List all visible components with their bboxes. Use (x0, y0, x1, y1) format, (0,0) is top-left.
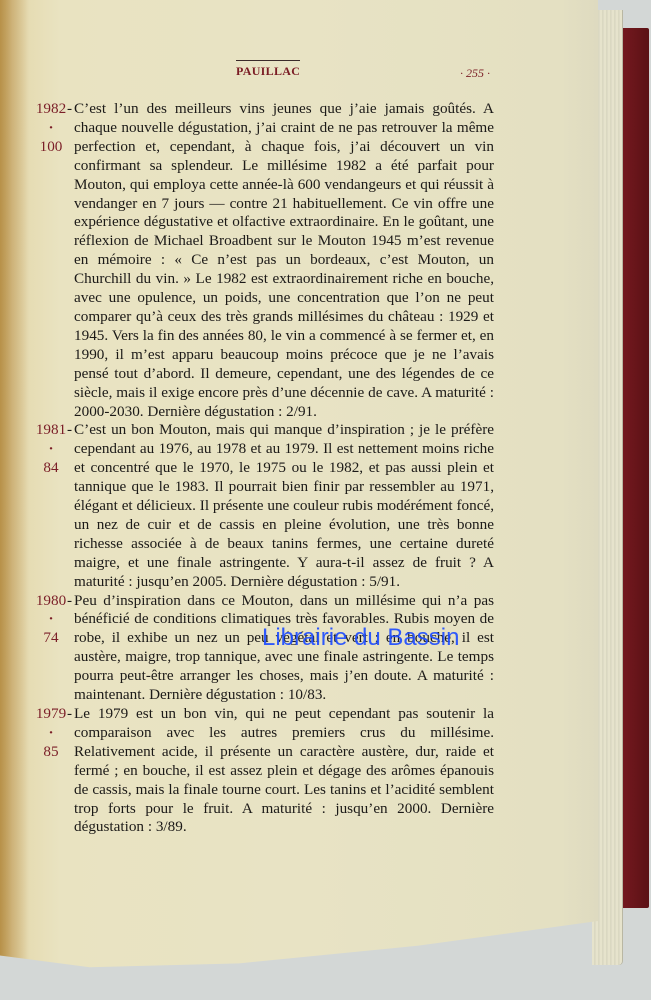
vintage-year: 1981 (34, 421, 68, 440)
tasting-note: C’est l’un des meilleurs vins jeunes que… (74, 100, 494, 421)
vintage-entry-1982: 1982 · 100 - C’est l’un des meilleurs vi… (34, 100, 494, 421)
bookseller-watermark: Librairie du Bassin (262, 624, 459, 652)
vintage-separator-dot: · (34, 119, 68, 138)
vintage-year: 1979 (34, 705, 68, 724)
entry-dash: - (67, 100, 72, 119)
vintage-score: 100 (34, 138, 68, 157)
vintage-separator-dot: · (34, 610, 68, 629)
page-number: · 255 · (460, 66, 490, 81)
entry-dash: - (67, 705, 72, 724)
tasting-note: C’est un bon Mouton, mais qui manque d’i… (74, 421, 494, 591)
entry-dash: - (67, 421, 72, 440)
vintage-year: 1980 (34, 592, 68, 611)
entry-dash: - (67, 592, 72, 611)
gutter-shadow (0, 0, 30, 985)
tasting-note: Le 1979 est un bon vin, qui ne peut cepe… (74, 705, 494, 837)
vintage-entry-1979: 1979 · 85 - Le 1979 est un bon vin, qui … (34, 705, 494, 837)
vintage-score: 74 (34, 629, 68, 648)
vintage-year: 1982 (34, 100, 68, 119)
book-page: PAUILLAC · 255 · 1982 · 100 - C’est l’un… (0, 0, 598, 985)
text-block: 1982 · 100 - C’est l’un des meilleurs vi… (34, 100, 494, 837)
vintage-entry-1981: 1981 · 84 - C’est un bon Mouton, mais qu… (34, 421, 494, 591)
book-photo: PAUILLAC · 255 · 1982 · 100 - C’est l’un… (0, 0, 651, 1000)
vintage-score: 84 (34, 459, 68, 478)
running-head: PAUILLAC (236, 60, 300, 79)
vintage-separator-dot: · (34, 440, 68, 459)
vintage-separator-dot: · (34, 724, 68, 743)
vintage-score: 85 (34, 743, 68, 762)
